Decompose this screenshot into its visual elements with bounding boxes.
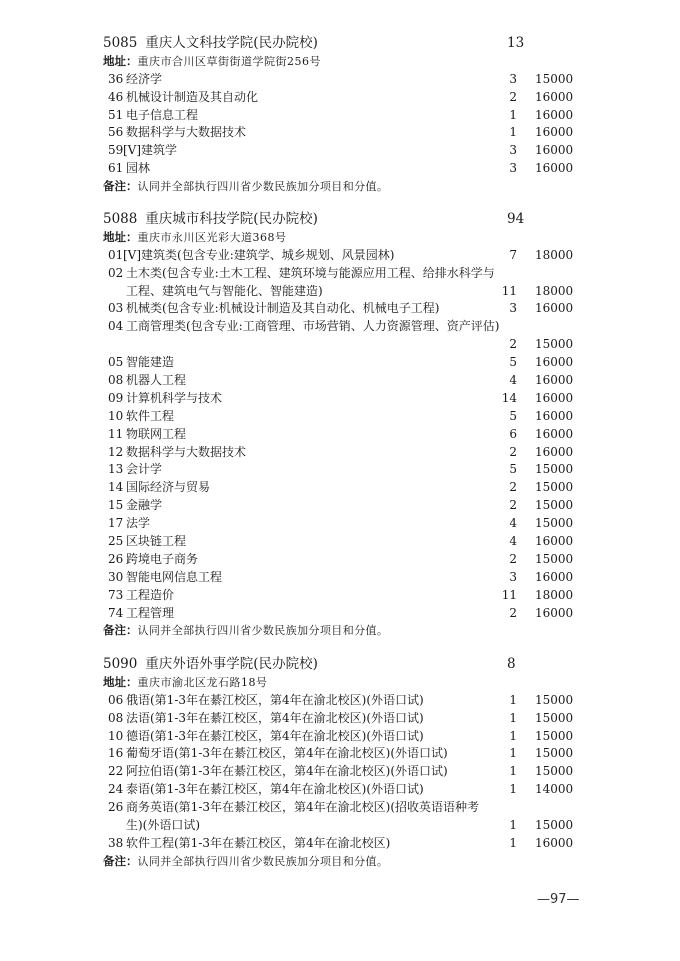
major-code: 73	[108, 587, 123, 605]
major-count: 5	[509, 408, 517, 426]
major-fee: 15000	[535, 497, 573, 515]
school-code: 5090	[103, 656, 141, 674]
major-fee: 16000	[535, 835, 573, 853]
major-code: 26	[108, 551, 123, 569]
major-name: [V]建筑类(包含专业:建筑学、城乡规划、风景园林)	[123, 247, 394, 265]
major-code: 59	[108, 142, 123, 160]
major-row: 08法语(第1-3年在綦江校区，第4年在渝北校区)(外语口试)115000	[103, 710, 583, 728]
major-row: 05智能建造516000	[103, 354, 583, 372]
major-fee: 16000	[535, 124, 573, 142]
note-text: 认同并全部执行四川省少数民族加分项目和分值。	[138, 624, 389, 637]
major-row: 51电子信息工程116000	[103, 107, 583, 125]
major-name: 机械设计制造及其自动化	[126, 89, 258, 107]
major-name: 土木类(包含专业:土木工程、建筑环境与能源应用工程、给排水科学与	[126, 265, 495, 283]
major-row: 12数据科学与大数据技术216000	[103, 444, 583, 462]
school-section-5088: 5088 重庆城市科技学院(民办院校) 94 地址：重庆市永川区光彩大道368号…	[103, 211, 583, 640]
major-code: 13	[108, 461, 123, 479]
major-name: 德语(第1-3年在綦江校区，第4年在渝北校区)(外语口试)	[126, 728, 424, 746]
note-label: 备注：	[103, 179, 138, 193]
major-row: 11物联网工程616000	[103, 426, 583, 444]
major-count: 14	[502, 390, 517, 408]
major-code: 08	[108, 710, 123, 728]
major-count: 2	[509, 89, 517, 107]
major-fee: 16000	[535, 444, 573, 462]
major-name: 机械类(包含专业:机械设计制造及其自动化、机械电子工程)	[126, 300, 439, 318]
major-row: 01[V]建筑类(包含专业:建筑学、城乡规划、风景园林)718000	[103, 247, 583, 265]
major-row: 22阿拉伯语(第1-3年在綦江校区，第4年在渝北校区)(外语口试)115000	[103, 763, 583, 781]
major-count: 3	[509, 569, 517, 587]
major-count: 1	[509, 124, 517, 142]
page-number: —97—	[537, 892, 580, 907]
major-name: 智能电网信息工程	[126, 569, 222, 587]
school-section-5085: 5085 重庆人文科技学院(民办院校) 13 地址：重庆市合川区草街街道学院街2…	[103, 35, 583, 196]
major-count: 1	[509, 745, 517, 763]
major-name: 工程管理	[126, 605, 174, 623]
major-count: 5	[509, 354, 517, 372]
school-address: 地址：重庆市合川区草街街道学院街256号	[103, 53, 583, 71]
major-fee: 15000	[535, 515, 573, 533]
major-name: 会计学	[126, 461, 162, 479]
major-name: 法语(第1-3年在綦江校区，第4年在渝北校区)(外语口试)	[126, 710, 424, 728]
major-count: 2	[509, 551, 517, 569]
major-name: 工商管理类(包含专业:工商管理、市场营销、人力资源管理、资产评估)	[126, 318, 499, 336]
major-name: 泰语(第1-3年在綦江校区，第4年在渝北校区)(外语口试)	[126, 781, 424, 799]
major-code: 04	[108, 318, 123, 336]
major-code: 12	[108, 444, 123, 462]
major-count: 1	[509, 817, 517, 835]
major-count: 3	[509, 300, 517, 318]
major-count: 1	[509, 835, 517, 853]
major-code: 30	[108, 569, 123, 587]
major-row-continuation: 工程、建筑电气与智能化、智能建造)1118000	[103, 283, 583, 301]
major-name: 经济学	[126, 71, 162, 89]
major-count: 1	[509, 692, 517, 710]
major-fee: 16000	[535, 354, 573, 372]
school-note: 备注：认同并全部执行四川省少数民族加分项目和分值。	[103, 622, 583, 640]
major-fee: 16000	[535, 426, 573, 444]
major-fee: 15000	[535, 479, 573, 497]
major-row-continuation: 215000	[103, 336, 583, 354]
major-name: 国际经济与贸易	[126, 479, 210, 497]
major-name: 数据科学与大数据技术	[126, 124, 246, 142]
major-name: 计算机科学与技术	[126, 390, 222, 408]
major-row: 10软件工程516000	[103, 408, 583, 426]
major-count: 7	[509, 247, 517, 265]
note-text: 认同并全部执行四川省少数民族加分项目和分值。	[138, 855, 389, 868]
major-name: 区块链工程	[126, 533, 186, 551]
major-fee: 16000	[535, 300, 573, 318]
major-code: 11	[108, 426, 123, 444]
major-fee: 16000	[535, 142, 573, 160]
major-row: 10德语(第1-3年在綦江校区，第4年在渝北校区)(外语口试)115000	[103, 728, 583, 746]
major-fee: 15000	[535, 71, 573, 89]
major-code: 38	[108, 835, 123, 853]
major-name: 俄语(第1-3年在綦江校区，第4年在渝北校区)(外语口试)	[126, 692, 424, 710]
major-code: 14	[108, 479, 123, 497]
major-fee: 15000	[535, 817, 573, 835]
major-row: 04工商管理类(包含专业:工商管理、市场营销、人力资源管理、资产评估)	[103, 318, 583, 336]
major-row: 06俄语(第1-3年在綦江校区，第4年在渝北校区)(外语口试)115000	[103, 692, 583, 710]
major-fee: 18000	[535, 587, 573, 605]
major-name: 数据科学与大数据技术	[126, 444, 246, 462]
major-row: 59[V]建筑学316000	[103, 142, 583, 160]
major-fee: 16000	[535, 605, 573, 623]
major-count: 3	[509, 160, 517, 178]
major-count: 1	[509, 763, 517, 781]
major-fee: 16000	[535, 569, 573, 587]
major-code: 10	[108, 408, 123, 426]
major-code: 51	[108, 107, 123, 125]
major-count: 2	[509, 479, 517, 497]
school-section-5090: 5090 重庆外语外事学院(民办院校) 8 地址：重庆市渝北区龙石路18号 06…	[103, 656, 583, 871]
major-code: 09	[108, 390, 123, 408]
major-name: 软件工程	[126, 408, 174, 426]
major-fee: 15000	[535, 710, 573, 728]
school-header: 5090 重庆外语外事学院(民办院校) 8	[103, 656, 583, 674]
major-row: 09计算机科学与技术1416000	[103, 390, 583, 408]
major-fee: 14000	[535, 781, 573, 799]
major-name: 园林	[126, 160, 150, 178]
address-text: 重庆市合川区草街街道学院街256号	[138, 55, 322, 68]
major-code: 24	[108, 781, 123, 799]
major-name: 金融学	[126, 497, 162, 515]
major-row: 03机械类(包含专业:机械设计制造及其自动化、机械电子工程)316000	[103, 300, 583, 318]
major-fee: 16000	[535, 372, 573, 390]
major-count: 4	[509, 533, 517, 551]
major-code: 17	[108, 515, 123, 533]
major-name-continuation: 生)(外语口试)	[126, 817, 200, 835]
major-row: 61园林316000	[103, 160, 583, 178]
note-text: 认同并全部执行四川省少数民族加分项目和分值。	[138, 180, 389, 193]
major-fee: 16000	[535, 89, 573, 107]
major-code: 46	[108, 89, 123, 107]
major-count: 3	[509, 71, 517, 89]
school-name: 重庆人文科技学院(民办院校)	[145, 35, 318, 51]
school-address: 地址：重庆市渝北区龙石路18号	[103, 674, 583, 692]
major-fee: 18000	[535, 283, 573, 301]
major-fee: 15000	[535, 461, 573, 479]
school-total-quota: 13	[507, 35, 524, 53]
major-fee: 15000	[535, 763, 573, 781]
major-count: 4	[509, 372, 517, 390]
major-code: 08	[108, 372, 123, 390]
major-row: 73工程造价1118000	[103, 587, 583, 605]
school-code: 5088	[103, 211, 141, 229]
major-code: 06	[108, 692, 123, 710]
major-code: 10	[108, 728, 123, 746]
major-count: 2	[509, 605, 517, 623]
school-note: 备注：认同并全部执行四川省少数民族加分项目和分值。	[103, 178, 583, 196]
major-row: 74工程管理216000	[103, 605, 583, 623]
major-fee: 15000	[535, 336, 573, 354]
major-code: 05	[108, 354, 123, 372]
address-text: 重庆市渝北区龙石路18号	[138, 676, 268, 689]
major-code: 16	[108, 745, 123, 763]
major-name: 商务英语(第1-3年在綦江校区，第4年在渝北校区)(招收英语语种考	[126, 799, 479, 817]
note-label: 备注：	[103, 854, 138, 868]
major-count: 2	[509, 336, 517, 354]
major-code: 22	[108, 763, 123, 781]
major-code: 56	[108, 124, 123, 142]
school-header: 5085 重庆人文科技学院(民办院校) 13	[103, 35, 583, 53]
major-row: 38软件工程(第1-3年在綦江校区，第4年在渝北校区)116000	[103, 835, 583, 853]
major-row: 17法学415000	[103, 515, 583, 533]
address-label: 地址：	[103, 675, 138, 689]
major-fee: 16000	[535, 390, 573, 408]
major-code: 15	[108, 497, 123, 515]
major-fee: 16000	[535, 533, 573, 551]
major-name: 阿拉伯语(第1-3年在綦江校区，第4年在渝北校区)(外语口试)	[126, 763, 448, 781]
major-name: 电子信息工程	[126, 107, 198, 125]
major-name: 法学	[126, 515, 150, 533]
major-fee: 16000	[535, 408, 573, 426]
major-fee: 15000	[535, 728, 573, 746]
major-row: 02土木类(包含专业:土木工程、建筑环境与能源应用工程、给排水科学与	[103, 265, 583, 283]
major-row: 14国际经济与贸易215000	[103, 479, 583, 497]
major-count: 3	[509, 142, 517, 160]
major-name-continuation: 工程、建筑电气与智能化、智能建造)	[126, 283, 323, 301]
major-row-continuation: 生)(外语口试)115000	[103, 817, 583, 835]
major-name: 软件工程(第1-3年在綦江校区，第4年在渝北校区)	[126, 835, 390, 853]
major-code: 25	[108, 533, 123, 551]
major-code: 02	[108, 265, 123, 283]
major-count: 4	[509, 515, 517, 533]
school-total-quota: 8	[507, 656, 516, 674]
major-row: 08机器人工程416000	[103, 372, 583, 390]
major-count: 11	[502, 283, 517, 301]
major-code: 74	[108, 605, 123, 623]
major-row: 26跨境电子商务215000	[103, 551, 583, 569]
major-name: 智能建造	[126, 354, 174, 372]
major-count: 2	[509, 444, 517, 462]
note-label: 备注：	[103, 623, 138, 637]
school-code: 5085	[103, 35, 141, 53]
major-row: 30智能电网信息工程316000	[103, 569, 583, 587]
school-name: 重庆外语外事学院(民办院校)	[145, 656, 318, 672]
major-row: 13会计学515000	[103, 461, 583, 479]
major-row: 24泰语(第1-3年在綦江校区，第4年在渝北校区)(外语口试)114000	[103, 781, 583, 799]
major-count: 1	[509, 107, 517, 125]
school-note: 备注：认同并全部执行四川省少数民族加分项目和分值。	[103, 853, 583, 871]
address-text: 重庆市永川区光彩大道368号	[138, 231, 287, 244]
major-code: 36	[108, 71, 123, 89]
school-name: 重庆城市科技学院(民办院校)	[145, 211, 318, 227]
major-count: 1	[509, 710, 517, 728]
document-page: 5085 重庆人文科技学院(民办院校) 13 地址：重庆市合川区草街街道学院街2…	[0, 0, 680, 961]
major-fee: 16000	[535, 107, 573, 125]
major-row: 25区块链工程416000	[103, 533, 583, 551]
major-code: 26	[108, 799, 123, 817]
major-code: 61	[108, 160, 123, 178]
major-fee: 15000	[535, 692, 573, 710]
address-label: 地址：	[103, 54, 138, 68]
school-address: 地址：重庆市永川区光彩大道368号	[103, 229, 583, 247]
major-fee: 16000	[535, 160, 573, 178]
major-name: 跨境电子商务	[126, 551, 198, 569]
address-label: 地址：	[103, 230, 138, 244]
major-fee: 15000	[535, 745, 573, 763]
major-count: 6	[509, 426, 517, 444]
major-name: 葡萄牙语(第1-3年在綦江校区，第4年在渝北校区)(外语口试)	[126, 745, 448, 763]
major-count: 1	[509, 728, 517, 746]
major-count: 1	[509, 781, 517, 799]
major-row: 26商务英语(第1-3年在綦江校区，第4年在渝北校区)(招收英语语种考	[103, 799, 583, 817]
major-count: 11	[502, 587, 517, 605]
major-name: 物联网工程	[126, 426, 186, 444]
major-count: 2	[509, 497, 517, 515]
major-count: 5	[509, 461, 517, 479]
major-row: 56数据科学与大数据技术116000	[103, 124, 583, 142]
major-name: 工程造价	[126, 587, 174, 605]
major-name: [V]建筑学	[123, 142, 177, 160]
major-code: 01	[108, 247, 123, 265]
major-code: 03	[108, 300, 123, 318]
major-fee: 18000	[535, 247, 573, 265]
major-fee: 15000	[535, 551, 573, 569]
major-row: 15金融学215000	[103, 497, 583, 515]
school-header: 5088 重庆城市科技学院(民办院校) 94	[103, 211, 583, 229]
major-row: 16葡萄牙语(第1-3年在綦江校区，第4年在渝北校区)(外语口试)115000	[103, 745, 583, 763]
major-row: 46机械设计制造及其自动化216000	[103, 89, 583, 107]
school-total-quota: 94	[507, 211, 524, 229]
major-row: 36经济学315000	[103, 71, 583, 89]
major-name: 机器人工程	[126, 372, 186, 390]
